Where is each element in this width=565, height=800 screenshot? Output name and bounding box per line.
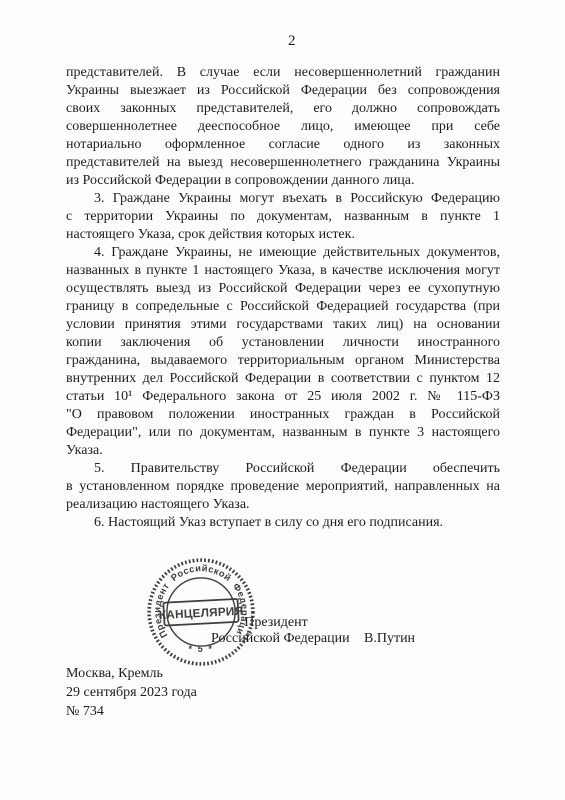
text-line: нотариально оформленное согласие одного … [66,136,500,154]
paragraph: представителей. В случае если несовершен… [66,64,500,190]
text-line: 5. Правительству Российской Федерации об… [66,460,500,478]
stamp-center-label: КАНЦЕЛЯРИЯ [159,604,244,622]
stamp-ring-text: Президент Российской Федерации [144,555,250,640]
text-line: 6. Настоящий Указ вступает в силу со дня… [66,514,500,532]
text-line: своих законных представителей, его должн… [66,100,500,118]
text-line: статьи 10¹ Федерального закона от 25 июл… [66,388,500,406]
text-line: названных в пункте 1 настоящего Указа, в… [66,262,500,280]
footer-block: Москва, Кремль 29 сентября 2023 года № 7… [66,664,197,721]
text-line: "О правовом положении иностранных гражда… [66,406,500,424]
text-line: копии заключения об установлении личност… [66,334,500,352]
text-line: представителей на выезд несовершеннолетн… [66,154,500,172]
document-page: 2 представителей. В случае если несоверш… [0,0,565,800]
page-number: 2 [66,33,518,50]
text-line: внутренних дел Российской Федерации в со… [66,370,500,388]
text-line: гражданина, выдаваемого территориальным … [66,352,500,370]
body-text: представителей. В случае если несовершен… [66,64,500,532]
text-line: представителей. В случае если несовершен… [66,64,500,82]
text-line: из Российской Федерации в сопровождении … [66,172,500,190]
stamp-bottom-mark: * 5 * [189,644,214,654]
text-line: реализацию настоящего Указа. [66,496,500,514]
text-line: Украины выезжает из Российской Федерации… [66,82,500,100]
footer-number: № 734 [66,702,197,721]
text-line: условии принятия этими государствами так… [66,316,500,334]
text-line: настоящего Указа, срок действия которых … [66,226,500,244]
paragraph: 3. Граждане Украины могут въехать в Росс… [66,190,500,244]
text-line: Федерации", или по документам, названным… [66,424,500,442]
footer-date: 29 сентября 2023 года [66,683,197,702]
paragraph: 4. Граждане Украины, не имеющие действит… [66,244,500,460]
text-line: в установленном порядке проведение мероп… [66,478,500,496]
text-line: осуществлять выезд из Российской Федерац… [66,280,500,298]
text-line: с территории Украины по документам, назв… [66,208,500,226]
text-line: 4. Граждане Украины, не имеющие действит… [66,244,500,262]
chancellery-stamp-icon: Президент Российской Федерации * 5 * КАН… [144,555,258,669]
signature-name: В.Путин [364,631,415,647]
text-line: совершеннолетнее дееспособное лицо, имею… [66,118,500,136]
paragraph: 5. Правительству Российской Федерации об… [66,460,500,514]
text-line: Указа. [66,442,500,460]
text-line: 3. Граждане Украины могут въехать в Росс… [66,190,500,208]
text-line: границу в сопредельные с Российской Феде… [66,298,500,316]
paragraph: 6. Настоящий Указ вступает в силу со дня… [66,514,500,532]
